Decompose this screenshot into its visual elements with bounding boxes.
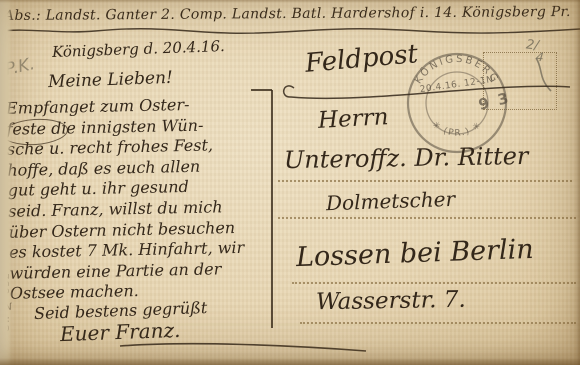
postcard-back: Abs.: Landst. Ganter 2. Comp. Landst. Ba…: [0, 0, 580, 365]
address-dotted-line: [300, 322, 576, 324]
svg-text:✳ (PR.) ✳: ✳ (PR.) ✳: [430, 120, 484, 139]
postmark-district: ✳ (PR.) ✳: [430, 120, 484, 139]
message-salutation: Meine Lieben!: [48, 68, 173, 92]
address-line-herrn: Herrn: [317, 104, 389, 134]
address-line-street: Wasserstr. 7.: [316, 287, 466, 316]
card-bottom-edge: [0, 358, 580, 365]
signature-flourish: [118, 340, 368, 356]
pencil-censor-mark: P.K.: [3, 54, 36, 80]
card-top-edge: [0, 0, 580, 3]
address-dotted-line: [278, 180, 572, 182]
address-line-name: Unteroffz. Dr. Ritter: [284, 142, 529, 174]
sender-line: Abs.: Landst. Ganter 2. Comp. Landst. Ba…: [4, 4, 571, 24]
sender-underline-rule: [0, 26, 580, 36]
print-number: Gw № 832: [1, 272, 12, 332]
card-right-edge: [575, 0, 580, 365]
address-dotted-line: [292, 282, 576, 284]
address-line-town: Lossen bei Berlin: [296, 234, 535, 273]
message-date-line: Königsberg d. 20.4.16.: [52, 37, 225, 61]
address-line-occupation: Dolmetscher: [326, 187, 456, 215]
divider-top-cap: [251, 89, 272, 91]
pencil-fraction-denominator: 4: [535, 50, 544, 65]
feldpost-flourish: [278, 78, 574, 106]
address-dotted-line: [278, 217, 576, 219]
